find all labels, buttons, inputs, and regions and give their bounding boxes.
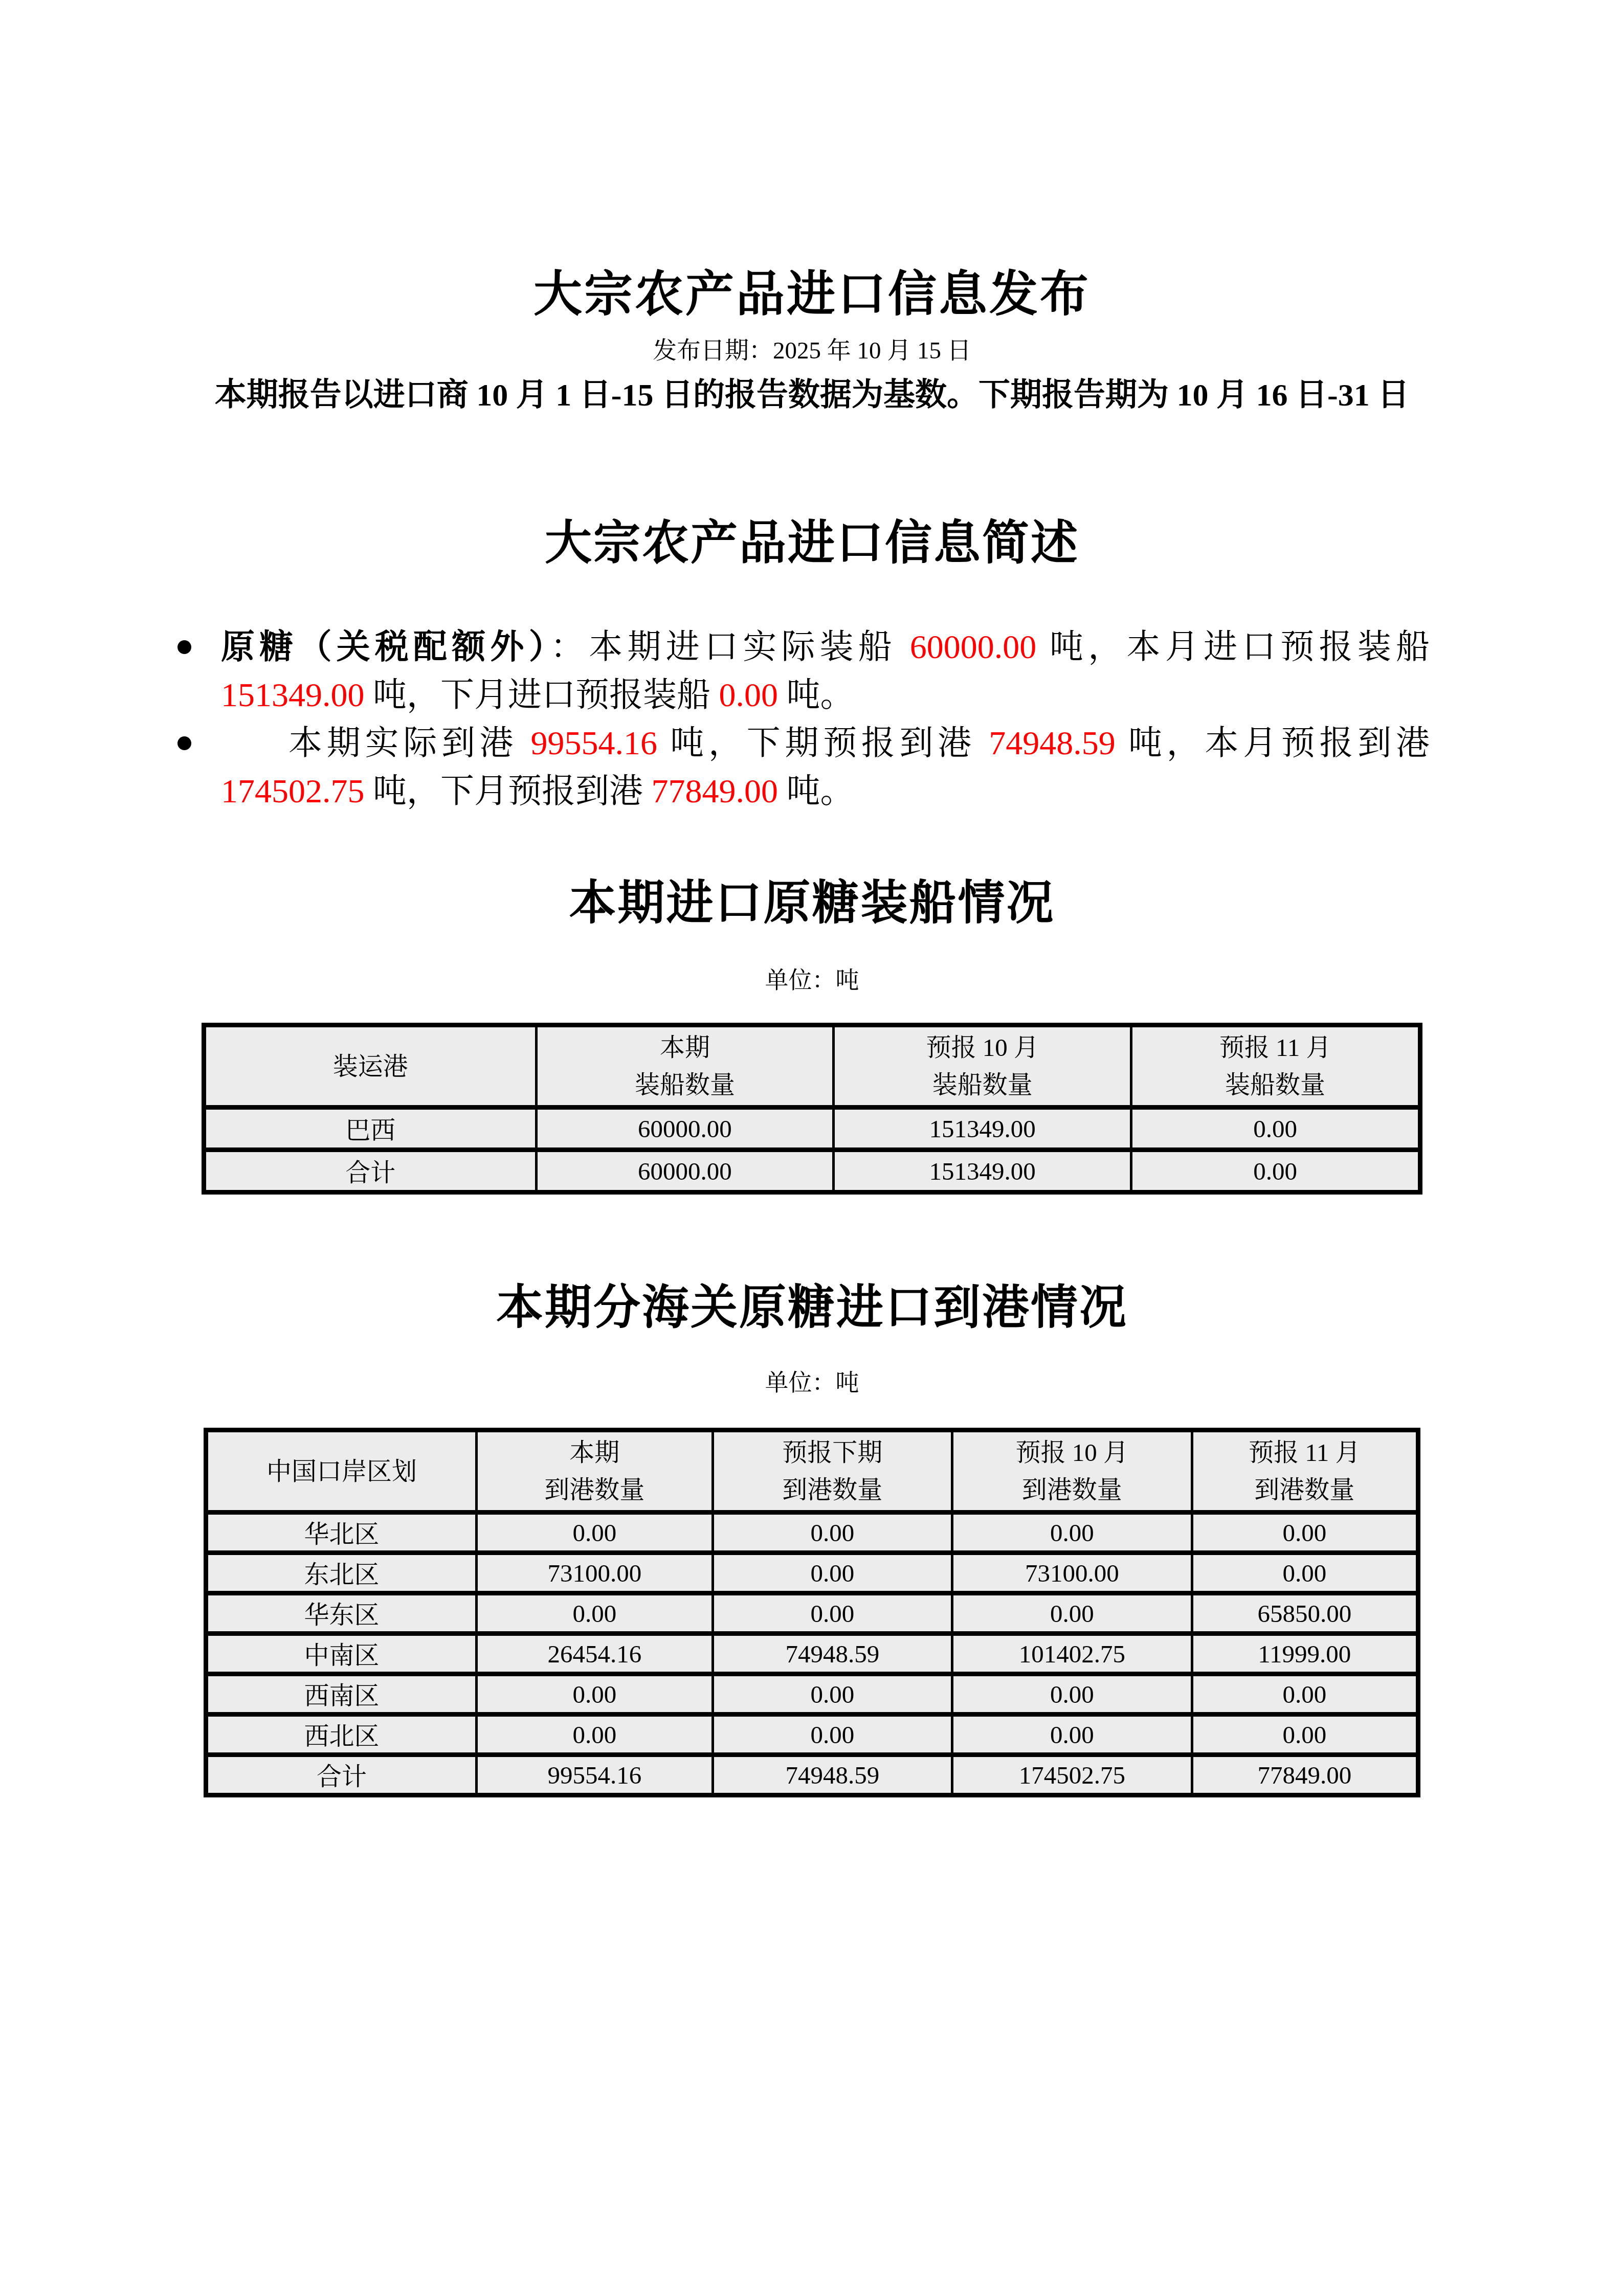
value-cell: 0.00 — [713, 1513, 952, 1553]
row-label-cell: 巴西 — [204, 1108, 537, 1150]
header-line: 中国口岸区划 — [208, 1453, 475, 1490]
row-label-cell: 中南区 — [206, 1634, 477, 1674]
summary-bullet-list: 原糖（关税配额外）：本期进口实际装船 60000.00 吨，本月进口预报装船 1… — [221, 623, 1435, 816]
row-label-cell: 合计 — [206, 1755, 477, 1795]
highlight-number: 77849.00 — [652, 773, 778, 810]
arrival-unit-label: 单位：吨 — [189, 1368, 1435, 1397]
table-row: 东北区73100.000.0073100.000.00 — [206, 1553, 1418, 1593]
value-cell: 101402.75 — [952, 1634, 1192, 1674]
value-cell: 0.00 — [1192, 1715, 1418, 1755]
header-line: 装运港 — [206, 1048, 535, 1085]
value-cell: 0.00 — [713, 1674, 952, 1715]
highlight-number: 174502.75 — [221, 773, 365, 810]
value-cell: 26454.16 — [477, 1634, 713, 1674]
bullet-lead-bold: 原糖（关税配额外） — [221, 628, 550, 666]
value-cell: 99554.16 — [477, 1755, 713, 1795]
header-line: 本期 — [478, 1434, 711, 1471]
value-cell: 0.00 — [1192, 1674, 1418, 1715]
value-cell: 0.00 — [713, 1593, 952, 1634]
bullet-text: 吨，本月进口预报装船 — [1036, 628, 1430, 666]
publish-date: 发布日期：2025 年 10 月 15 日 — [189, 336, 1435, 365]
value-cell: 0.00 — [713, 1553, 952, 1593]
table-header-cell: 预报 11 月装船数量 — [1131, 1025, 1420, 1108]
header-line: 预报 11 月 — [1132, 1029, 1418, 1066]
value-cell: 0.00 — [1131, 1150, 1420, 1192]
bullet-text: 吨，下期预报到港 — [657, 725, 989, 762]
bullet-text: 吨，下月预报到港 — [365, 773, 652, 810]
bullet-text: 吨，下月进口预报装船 — [365, 677, 719, 714]
value-cell: 0.00 — [1131, 1108, 1420, 1150]
value-cell: 174502.75 — [952, 1755, 1192, 1795]
table-header-cell: 本期到港数量 — [477, 1430, 713, 1513]
value-cell: 0.00 — [952, 1674, 1192, 1715]
value-cell: 151349.00 — [834, 1150, 1131, 1192]
value-cell: 0.00 — [477, 1593, 713, 1634]
table-row: 西北区0.000.000.000.00 — [206, 1715, 1418, 1755]
header-line: 预报 11 月 — [1193, 1434, 1416, 1471]
highlight-number: 0.00 — [719, 677, 778, 714]
header-line: 装船数量 — [538, 1066, 833, 1104]
header-line: 到港数量 — [1193, 1471, 1416, 1509]
value-cell: 77849.00 — [1192, 1755, 1418, 1795]
header-line: 装船数量 — [1132, 1066, 1418, 1104]
value-cell: 60000.00 — [536, 1150, 834, 1192]
table-row: 西南区0.000.000.000.00 — [206, 1674, 1418, 1715]
row-label-cell: 西南区 — [206, 1674, 477, 1715]
row-label-cell: 华北区 — [206, 1513, 477, 1553]
value-cell: 74948.59 — [713, 1634, 952, 1674]
row-label-cell: 合计 — [204, 1150, 537, 1192]
value-cell: 0.00 — [952, 1715, 1192, 1755]
shipment-unit-label: 单位：吨 — [189, 966, 1435, 995]
value-cell: 73100.00 — [477, 1553, 713, 1593]
value-cell: 151349.00 — [834, 1108, 1131, 1150]
header-line: 到港数量 — [953, 1471, 1191, 1509]
table-header-cell: 装运港 — [204, 1025, 537, 1108]
table-row: 中南区26454.1674948.59101402.7511999.00 — [206, 1634, 1418, 1674]
header-line: 预报 10 月 — [835, 1029, 1130, 1066]
bullet-text: 吨。 — [778, 773, 854, 810]
highlight-number: 74948.59 — [989, 725, 1116, 762]
header-line: 装船数量 — [835, 1066, 1130, 1104]
highlight-number: 151349.00 — [221, 677, 365, 714]
header-line: 预报 10 月 — [953, 1434, 1191, 1471]
table-row: 巴西60000.00151349.000.00 — [204, 1108, 1420, 1150]
document-page: 大宗农产品进口信息发布 发布日期：2025 年 10 月 15 日 本期报告以进… — [0, 0, 1624, 2296]
summary-bullet: 原糖（关税配额外）：本期进口实际装船 60000.00 吨，本月进口预报装船 1… — [221, 623, 1435, 719]
value-cell: 0.00 — [477, 1513, 713, 1553]
header-line: 本期 — [538, 1029, 833, 1066]
report-period-note: 本期报告以进口商 10 月 1 日-15 日的报告数据为基数。下期报告期为 10… — [189, 376, 1435, 415]
value-cell: 0.00 — [952, 1513, 1192, 1553]
table-header-row: 中国口岸区划本期到港数量预报下期到港数量预报 10 月到港数量预报 11 月到港… — [206, 1430, 1418, 1513]
table-header-cell: 中国口岸区划 — [206, 1430, 477, 1513]
table-header-cell: 预报下期到港数量 — [713, 1430, 952, 1513]
value-cell: 0.00 — [952, 1593, 1192, 1634]
arrival-table: 中国口岸区划本期到港数量预报下期到港数量预报 10 月到港数量预报 11 月到港… — [204, 1428, 1420, 1797]
bullet-text: ：本期进口实际装船 — [550, 628, 910, 666]
summary-bullet: 本期实际到港 99554.16 吨，下期预报到港 74948.59 吨，本月预报… — [221, 719, 1435, 816]
value-cell: 0.00 — [1192, 1553, 1418, 1593]
table-row: 合计60000.00151349.000.00 — [204, 1150, 1420, 1192]
bullet-text: 本期实际到港 — [288, 725, 531, 762]
header-line: 预报下期 — [714, 1434, 951, 1471]
highlight-number: 60000.00 — [910, 628, 1037, 666]
bullet-text: 吨。 — [778, 677, 854, 714]
value-cell: 60000.00 — [536, 1108, 834, 1150]
highlight-number: 99554.16 — [531, 725, 658, 762]
row-label-cell: 西北区 — [206, 1715, 477, 1755]
table-header-cell: 预报 10 月装船数量 — [834, 1025, 1131, 1108]
value-cell: 74948.59 — [713, 1755, 952, 1795]
shipment-table: 装运港本期装船数量预报 10 月装船数量预报 11 月装船数量巴西60000.0… — [202, 1023, 1422, 1195]
table-header-row: 装运港本期装船数量预报 10 月装船数量预报 11 月装船数量 — [204, 1025, 1420, 1108]
table-row: 华东区0.000.000.0065850.00 — [206, 1593, 1418, 1634]
value-cell: 11999.00 — [1192, 1634, 1418, 1674]
header-line: 到港数量 — [714, 1471, 951, 1509]
row-label-cell: 华东区 — [206, 1593, 477, 1634]
shipment-section-title: 本期进口原糖装船情况 — [189, 874, 1435, 932]
document-title: 大宗农产品进口信息发布 — [189, 266, 1435, 324]
row-label-cell: 东北区 — [206, 1553, 477, 1593]
value-cell: 0.00 — [713, 1715, 952, 1755]
bullet-text: 吨，本月预报到港 — [1116, 725, 1430, 762]
header-line: 到港数量 — [478, 1471, 711, 1509]
table-row: 合计99554.1674948.59174502.7577849.00 — [206, 1755, 1418, 1795]
table-row: 华北区0.000.000.000.00 — [206, 1513, 1418, 1553]
value-cell: 0.00 — [477, 1674, 713, 1715]
value-cell: 65850.00 — [1192, 1593, 1418, 1634]
arrival-section-title: 本期分海关原糖进口到港情况 — [189, 1279, 1435, 1337]
summary-section-title: 大宗农产品进口信息简述 — [189, 514, 1435, 572]
table-header-cell: 本期装船数量 — [536, 1025, 834, 1108]
value-cell: 0.00 — [477, 1715, 713, 1755]
table-header-cell: 预报 11 月到港数量 — [1192, 1430, 1418, 1513]
value-cell: 73100.00 — [952, 1553, 1192, 1593]
value-cell: 0.00 — [1192, 1513, 1418, 1553]
table-header-cell: 预报 10 月到港数量 — [952, 1430, 1192, 1513]
